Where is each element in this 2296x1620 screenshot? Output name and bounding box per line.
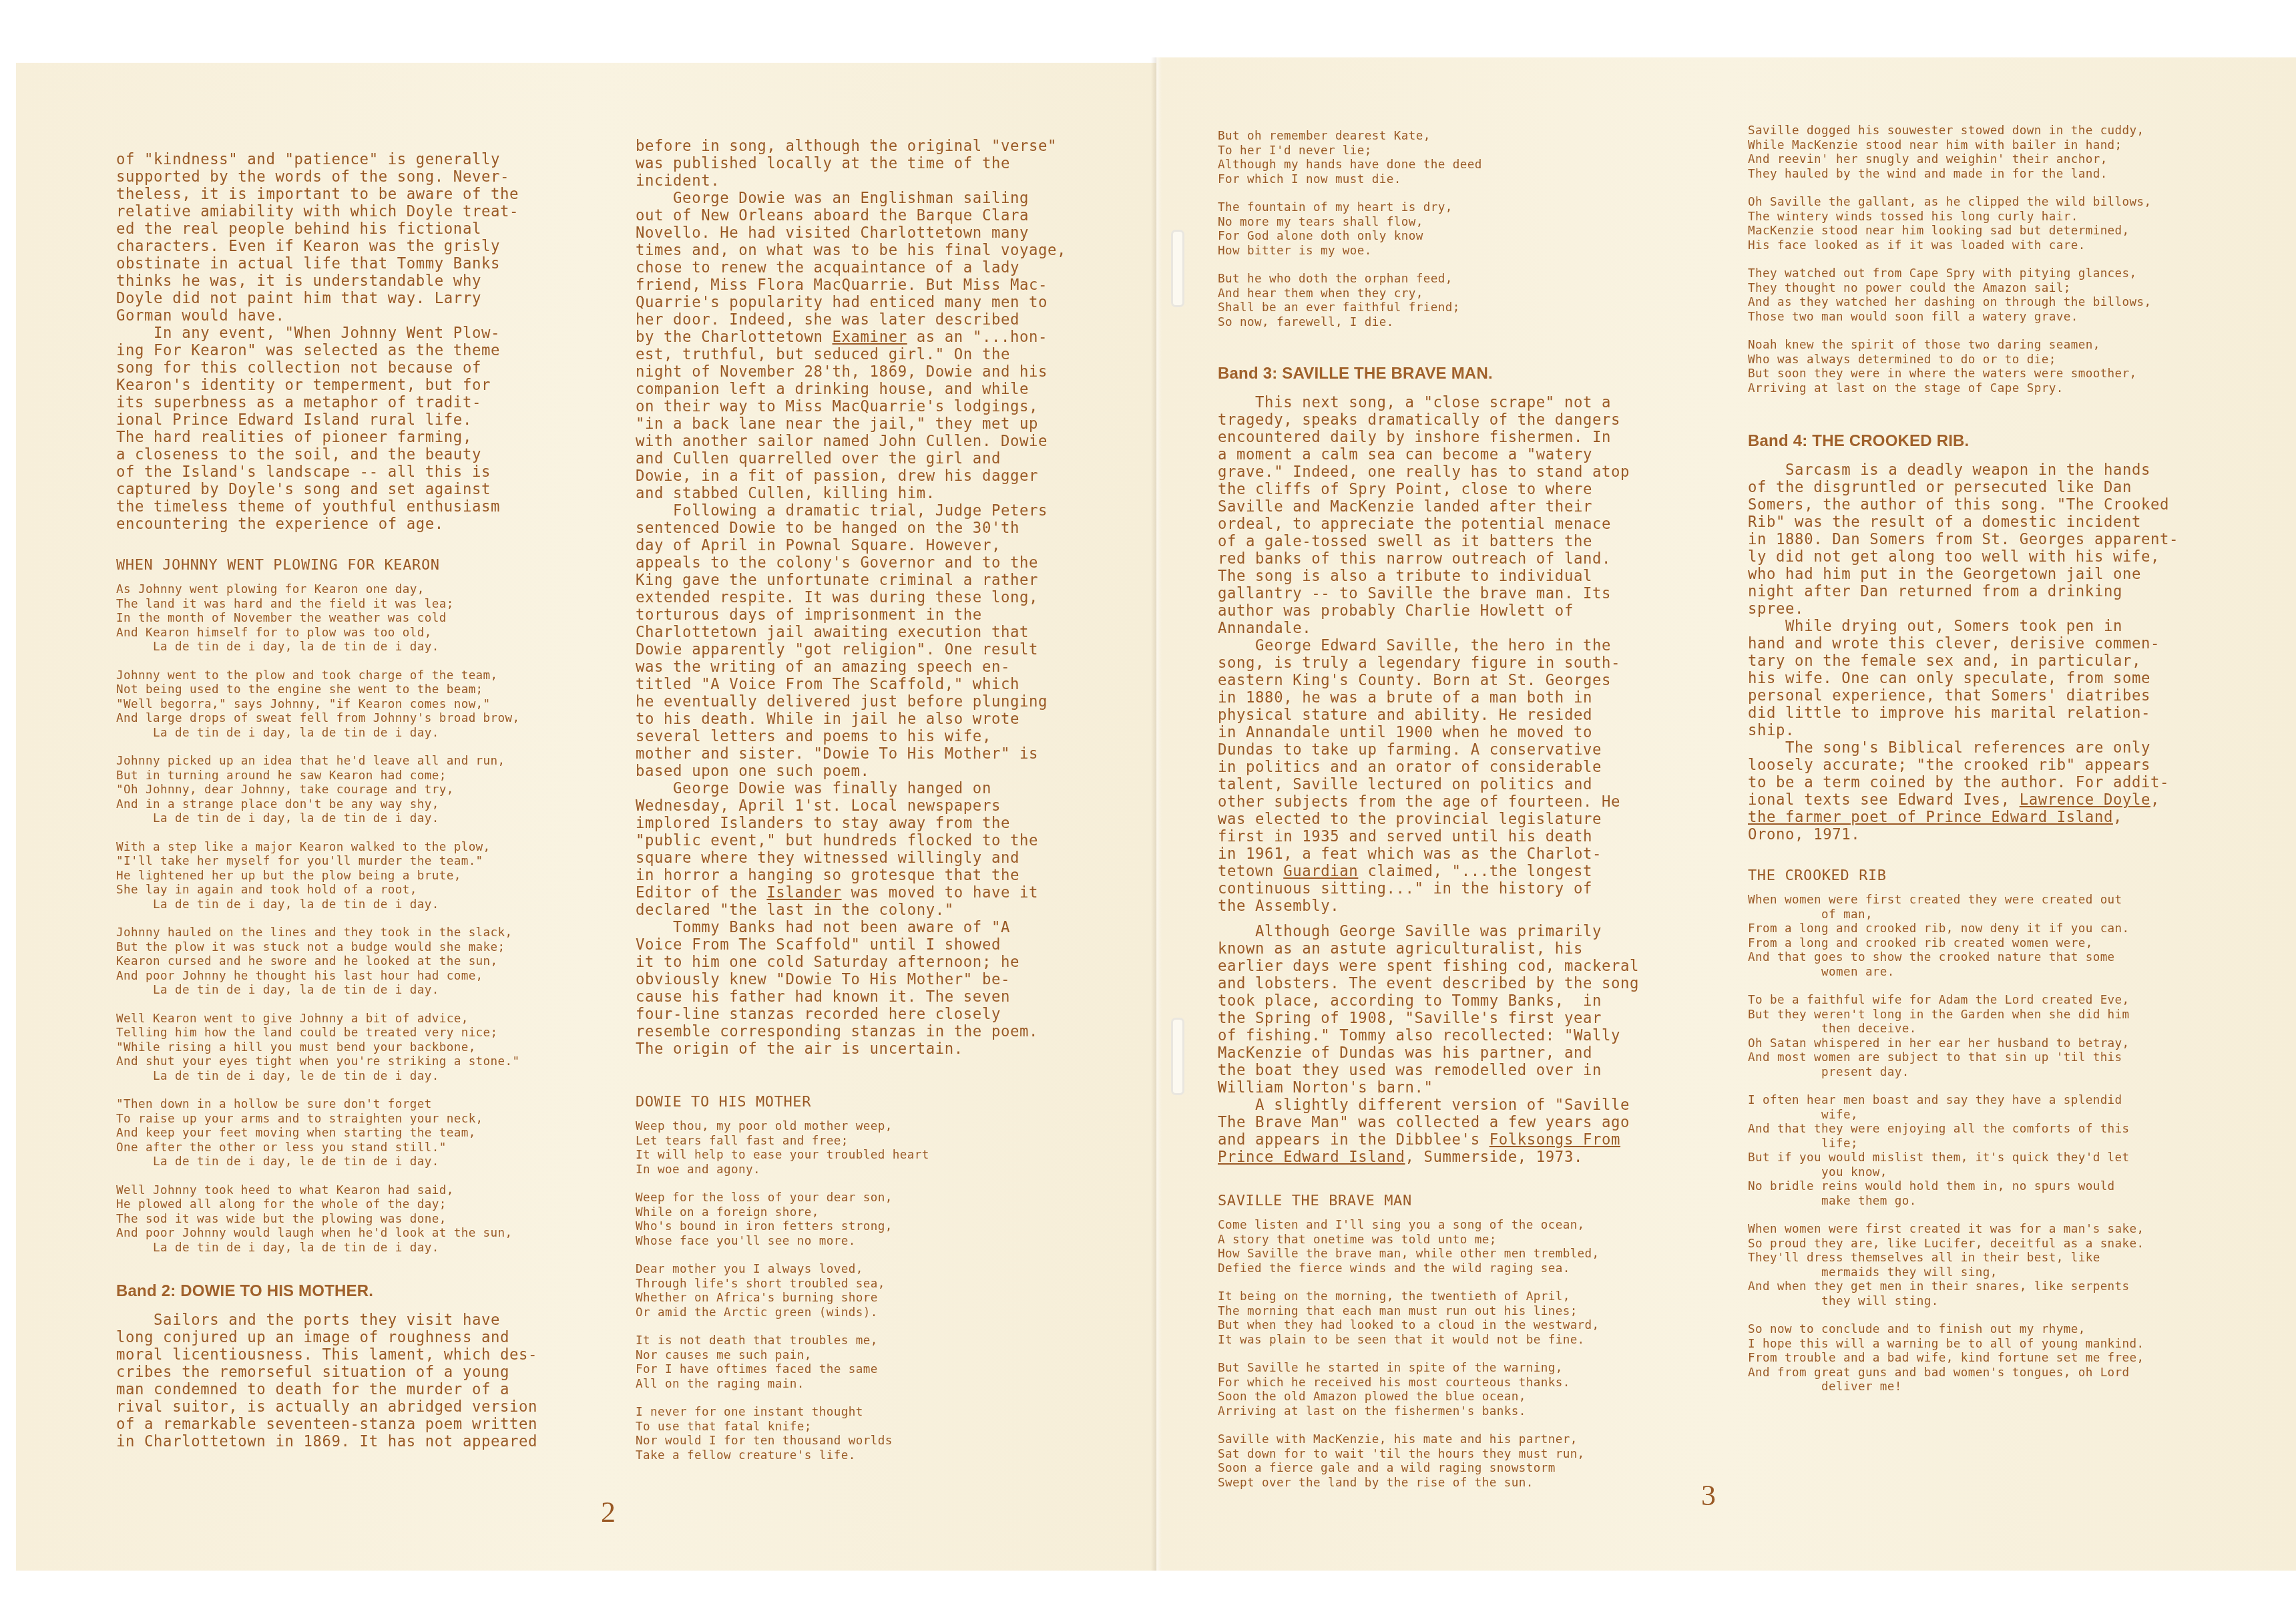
stanza: With a step like a major Kearon walked t… bbox=[116, 841, 610, 913]
stanza: But oh remember dearest Kate, To her I'd… bbox=[1218, 130, 1739, 187]
stanza: Well Kearon went to give Johnny a bit of… bbox=[116, 1012, 610, 1084]
folksongs-book-title-cont: Prince Edward Island bbox=[1218, 1149, 1405, 1166]
song-title-dowie: DOWIE TO HIS MOTHER bbox=[636, 1094, 1143, 1110]
column-4: Saville dogged his souwester stowed down… bbox=[1748, 124, 2282, 1409]
dowie-history-paragraph: before in song, although the original "v… bbox=[636, 138, 1143, 1058]
stanza: When women were first created they were … bbox=[1748, 893, 2282, 980]
staple-bottom bbox=[1171, 1018, 1184, 1095]
saville-fishing-paragraph: Although George Saville was primarily kn… bbox=[1218, 923, 1739, 1166]
ives-book-subtitle: the farmer poet of Prince Edward Island bbox=[1748, 809, 2113, 826]
stanza: Weep thou, my poor old mother weep, Let … bbox=[636, 1120, 1143, 1177]
stanza: Saville with MacKenzie, his mate and his… bbox=[1218, 1433, 1739, 1490]
band-2-intro-paragraph: Sailors and the ports they visit have lo… bbox=[116, 1311, 610, 1450]
column-1: of "kindness" and "patience" is generall… bbox=[116, 151, 610, 1450]
booklet-spread: of "kindness" and "patience" is generall… bbox=[16, 63, 2296, 1571]
guardian-newspaper-title: Guardian bbox=[1283, 863, 1358, 880]
song-title-crooked-rib: THE CROOKED RIB bbox=[1748, 867, 2282, 884]
crooked-rib-history-paragraph: Sarcasm is a deadly weapon in the hands … bbox=[1748, 461, 2282, 843]
kearon-intro-paragraph: of "kindness" and "patience" is generall… bbox=[116, 151, 610, 533]
stanza: Noah knew the spirit of those two daring… bbox=[1748, 339, 2282, 396]
stanza: It being on the morning, the twentieth o… bbox=[1218, 1290, 1739, 1348]
stanza: But he who doth the orphan feed, And hea… bbox=[1218, 272, 1739, 330]
stanza: It is not death that troubles me, Nor ca… bbox=[636, 1334, 1143, 1392]
stanza: The fountain of my heart is dry, No more… bbox=[1218, 201, 1739, 258]
saville-history-paragraph: This next song, a "close scrape" not a t… bbox=[1218, 394, 1739, 915]
stanza: When women were first created it was for… bbox=[1748, 1223, 2282, 1309]
stanza: They watched out from Cape Spry with pit… bbox=[1748, 267, 2282, 325]
examiner-newspaper-title: Examiner bbox=[833, 329, 907, 346]
stanza: Well Johnny took heed to what Kearon had… bbox=[116, 1184, 610, 1256]
stanza: Johnny hauled on the lines and they took… bbox=[116, 926, 610, 998]
page-3: But oh remember dearest Kate, To her I'd… bbox=[1156, 57, 2296, 1571]
ives-book-title: Lawrence Doyle bbox=[2020, 791, 2150, 809]
stanza: Weep for the loss of your dear son, Whil… bbox=[636, 1191, 1143, 1249]
staple-top bbox=[1171, 230, 1184, 307]
stanza: I never for one instant thought To use t… bbox=[636, 1406, 1143, 1463]
stanza: I often hear men boast and say they have… bbox=[1748, 1094, 2282, 1209]
band-4-heading: Band 4: THE CROOKED RIB. bbox=[1748, 432, 2282, 451]
stanza: Johnny went to the plow and took charge … bbox=[116, 669, 610, 741]
column-3: But oh remember dearest Kate, To her I'd… bbox=[1218, 130, 1739, 1504]
song-title-saville: SAVILLE THE BRAVE MAN bbox=[1218, 1193, 1739, 1209]
page-number-3: 3 bbox=[1701, 1478, 1716, 1512]
stanza: But Saville he started in spite of the w… bbox=[1218, 1362, 1739, 1419]
stanza: Saville dogged his souwester stowed down… bbox=[1748, 124, 2282, 182]
stanza: To be a faithful wife for Adam the Lord … bbox=[1748, 994, 2282, 1080]
folksongs-book-title: Folksongs From bbox=[1489, 1131, 1620, 1149]
stanza: Oh Saville the gallant, as he clipped th… bbox=[1748, 196, 2282, 253]
column-2: before in song, although the original "v… bbox=[636, 138, 1143, 1477]
islander-newspaper-title: Islander bbox=[766, 884, 841, 901]
stanza: Johnny picked up an idea that he'd leave… bbox=[116, 755, 610, 827]
page-2: of "kindness" and "patience" is generall… bbox=[16, 63, 1156, 1571]
stanza: So now to conclude and to finish out my … bbox=[1748, 1323, 2282, 1395]
stanza: Dear mother you I always loved, Through … bbox=[636, 1263, 1143, 1320]
stanza: As Johnny went plowing for Kearon one da… bbox=[116, 583, 610, 655]
page-number-2: 2 bbox=[601, 1495, 616, 1529]
song-title-johnny-kearon: WHEN JOHNNY WENT PLOWING FOR KEARON bbox=[116, 557, 610, 574]
center-fold bbox=[1151, 57, 1162, 1571]
band-2-heading: Band 2: DOWIE TO HIS MOTHER. bbox=[116, 1282, 610, 1301]
stanza: "Then down in a hollow be sure don't for… bbox=[116, 1098, 610, 1170]
stanza: Come listen and I'll sing you a song of … bbox=[1218, 1219, 1739, 1276]
band-3-heading: Band 3: SAVILLE THE BRAVE MAN. bbox=[1218, 365, 1739, 383]
